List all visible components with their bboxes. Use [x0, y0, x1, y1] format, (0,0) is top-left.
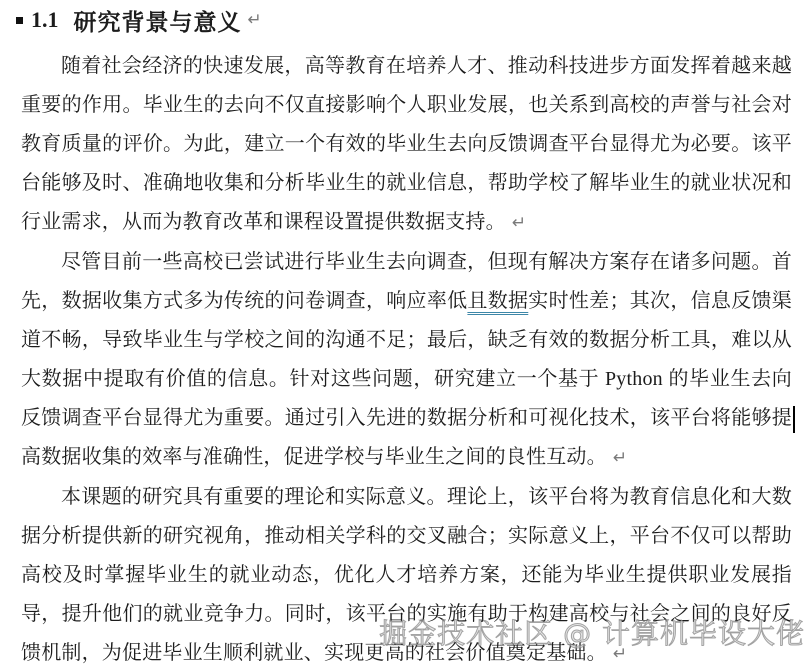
grammar-underlined-text: 且数据 [467, 290, 528, 312]
document-body: 随着社会经济的快速发展，高等教育在培养人才、推动科技进步方面发挥着越来越重要的作… [21, 47, 792, 672]
text-run: 随着社会经济的快速发展，高等教育在培养人才、推动科技进步方面发挥着越来越重要的作… [21, 55, 792, 233]
paragraph-mark-icon: ↵ [248, 10, 262, 30]
section-heading[interactable]: 1.1 研究背景与意义 ↵ [16, 5, 262, 35]
text-run: 实时性差；其次，信息反馈渠道不畅，导致毕业生与学校之间的沟通不足；最后，缺乏有效… [21, 290, 792, 468]
paragraph[interactable]: 本课题的研究具有重要的理论和实际意义。理论上，该平台将为教育信息化和大数据分析提… [21, 478, 792, 672]
heading-number: 1.1 [31, 7, 59, 33]
heading-title: 研究背景与意义 [74, 4, 242, 37]
text-cursor [793, 406, 795, 433]
paragraph-mark-icon: ↵ [512, 213, 526, 233]
paragraph-mark-icon: ↵ [613, 644, 627, 664]
outline-bullet-icon [16, 17, 23, 24]
paragraph[interactable]: 尽管目前一些高校已尝试进行毕业生去向调查，但现有解决方案存在诸多问题。首先，数据… [21, 243, 792, 478]
paragraph-mark-icon: ↵ [613, 448, 627, 468]
paragraph[interactable]: 随着社会经济的快速发展，高等教育在培养人才、推动科技进步方面发挥着越来越重要的作… [21, 47, 792, 243]
text-run: 本课题的研究具有重要的理论和实际意义。理论上，该平台将为教育信息化和大数据分析提… [21, 486, 792, 664]
